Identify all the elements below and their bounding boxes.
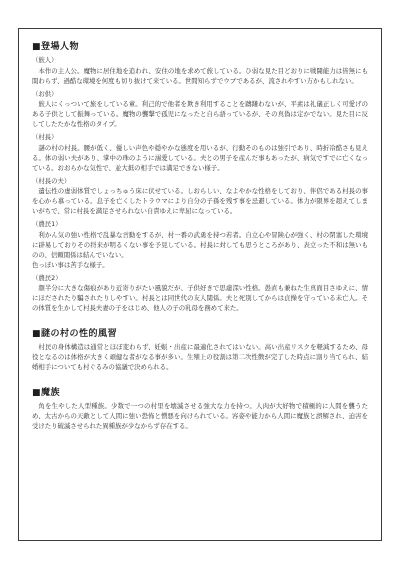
- page-background: ■登場人物 （旅人） 本作の主人公。魔物に居住地を追われ、安住の地を求めて旅して…: [0, 0, 400, 564]
- character-description: 旅人にくっついて旅をしている童。利己的で他者を欺き利用することを躊躇わないが、平…: [32, 100, 368, 130]
- character-label: （お供）: [32, 90, 368, 100]
- village-customs-description: 村民の身体構造は通常とほぼ変わらず、妊娠・出産に最適化されてはいない。高い出産リ…: [32, 343, 368, 373]
- character-label: （旅人）: [32, 56, 368, 66]
- character-entry-farmer2: （農民2） 顔半分に大きな傷痕があり近寄りがたい風貌だが、子供好きで思慮深い性格…: [32, 274, 368, 315]
- section-heading-characters: ■登場人物: [32, 39, 368, 52]
- character-description: 遺伝性の虚弱体質でしょっちゅう床に伏せている。しおらしい、なよやかな性格をしてお…: [32, 187, 368, 217]
- character-label: （農民2）: [32, 274, 368, 284]
- character-description: 顔半分に大きな傷痕があり近寄りがたい風貌だが、子供好きで思慮深い性格。愚直も兼ね…: [32, 284, 368, 314]
- character-label: （村長）: [32, 133, 368, 143]
- character-description: 謎の村の村長。腰が低く、優しい声色や穏やかな態度を用いるが、行動そのものは強引で…: [32, 144, 368, 174]
- character-entry-companion: （お供） 旅人にくっついて旅をしている童。利己的で他者を欺き利用することを躊躇わ…: [32, 90, 368, 131]
- section-heading-demon-race: ■魔族: [32, 385, 368, 398]
- character-entry-chiefs-husband: （村長の夫） 遺伝性の虚弱体質でしょっちゅう床に伏せている。しおらしい、なよやか…: [32, 177, 368, 218]
- character-label: （村長の夫）: [32, 177, 368, 187]
- character-entry-chief: （村長） 謎の村の村長。腰が低く、優しい声色や穏やかな態度を用いるが、行動そのも…: [32, 133, 368, 174]
- demon-race-description: 角を生やした人型種族。少数で一つの村里を壊滅させる強大な力を持つ。人肉が大好物で…: [32, 402, 368, 432]
- document-page: ■登場人物 （旅人） 本作の主人公。魔物に居住地を追われ、安住の地を求めて旅して…: [18, 28, 382, 541]
- section-heading-village-customs: ■謎の村の性的風習: [32, 326, 368, 339]
- character-entry-farmer1: （農民1） 利かん気の強い性格で乱暴な言動をするが、村一番の武勇を持つ若者。自立…: [32, 220, 368, 271]
- character-note: 色っぽい事は苦手な様子。: [32, 261, 368, 271]
- character-description: 本作の主人公。魔物に居住地を追われ、安住の地を求めて旅している。ひ弱な見た目どお…: [32, 67, 368, 87]
- character-description: 利かん気の強い性格で乱暴な言動をするが、村一番の武勇を持つ若者。自立心や冒険心が…: [32, 231, 368, 261]
- character-entry-traveler: （旅人） 本作の主人公。魔物に居住地を追われ、安住の地を求めて旅している。ひ弱な…: [32, 56, 368, 87]
- character-label: （農民1）: [32, 220, 368, 230]
